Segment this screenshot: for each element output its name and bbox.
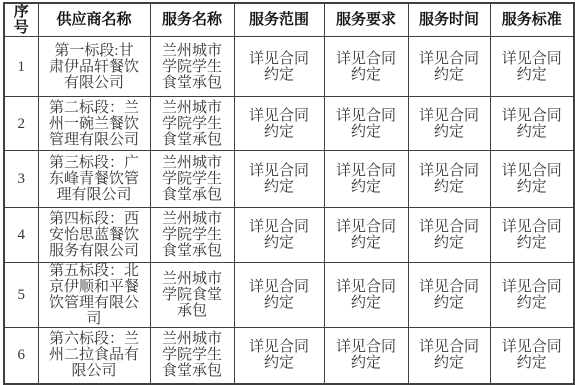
row-number-cell: 5 — [4, 263, 38, 328]
service-name-cell: 兰州城市 学院学生 食堂承包 — [150, 328, 234, 384]
table-row: 3 第三标段：广 东峰青餐饮管 理有限公司 兰州城市 学院学生 食堂承包 详见合… — [4, 151, 574, 208]
service-time-cell: 详见合同 约定 — [408, 328, 490, 384]
service-requirement-cell: 详见合同 约定 — [324, 328, 408, 384]
row-number-cell: 3 — [4, 151, 38, 208]
service-time-cell: 详见合同 约定 — [408, 97, 490, 151]
column-header-index: 序 号 — [4, 3, 38, 37]
column-header-service-time: 服务时间 — [408, 3, 490, 37]
supplier-name-cell: 第二标段：兰 州一碗兰餐饮 管理有限公司 — [38, 97, 150, 151]
service-standard-cell: 详见合同 约定 — [490, 263, 574, 328]
service-scope-cell: 详见合同 约定 — [234, 37, 324, 97]
service-standard-cell: 详见合同 约定 — [490, 151, 574, 208]
service-requirement-cell: 详见合同 约定 — [324, 37, 408, 97]
service-requirement-cell: 详见合同 约定 — [324, 97, 408, 151]
supplier-name-cell: 第一标段:甘 肃伊品轩餐饮 有限公司 — [38, 37, 150, 97]
service-name-cell: 兰州城市 学院学生 食堂承包 — [150, 151, 234, 208]
table-row: 4 第四标段：西 安怡思蓝餐饮 服务有限公司 兰州城市 学院学生 食堂承包 详见… — [4, 208, 574, 263]
service-time-cell: 详见合同 约定 — [408, 208, 490, 263]
service-requirement-cell: 详见合同 约定 — [324, 208, 408, 263]
table-row: 6 第六标段：兰 州二拉食品有 限公司 兰州城市 学院学生 食堂承包 详见合同 … — [4, 328, 574, 384]
service-time-cell: 详见合同 约定 — [408, 151, 490, 208]
document-page: 序 号 供应商名称 服务名称 服务范围 服务要求 服务时间 服务标准 1 第一标… — [0, 0, 575, 380]
service-standard-cell: 详见合同 约定 — [490, 328, 574, 384]
row-number-cell: 2 — [4, 97, 38, 151]
column-header-service-requirement: 服务要求 — [324, 3, 408, 37]
service-name-cell: 兰州城市 学院学生 食堂承包 — [150, 208, 234, 263]
supplier-table: 序 号 供应商名称 服务名称 服务范围 服务要求 服务时间 服务标准 1 第一标… — [3, 2, 575, 385]
row-number-cell: 1 — [4, 37, 38, 97]
table-row: 2 第二标段：兰 州一碗兰餐饮 管理有限公司 兰州城市 学院学生 食堂承包 详见… — [4, 97, 574, 151]
row-number-cell: 4 — [4, 208, 38, 263]
service-requirement-cell: 详见合同 约定 — [324, 151, 408, 208]
service-time-cell: 详见合同 约定 — [408, 263, 490, 328]
service-time-cell: 详见合同 约定 — [408, 37, 490, 97]
supplier-name-cell: 第三标段：广 东峰青餐饮管 理有限公司 — [38, 151, 150, 208]
service-requirement-cell: 详见合同 约定 — [324, 263, 408, 328]
table-row: 1 第一标段:甘 肃伊品轩餐饮 有限公司 兰州城市 学院学生 食堂承包 详见合同… — [4, 37, 574, 97]
service-scope-cell: 详见合同 约定 — [234, 328, 324, 384]
column-header-service-standard: 服务标准 — [490, 3, 574, 37]
column-header-service-scope: 服务范围 — [234, 3, 324, 37]
table-header-row: 序 号 供应商名称 服务名称 服务范围 服务要求 服务时间 服务标准 — [4, 3, 574, 37]
service-standard-cell: 详见合同 约定 — [490, 37, 574, 97]
supplier-name-cell: 第六标段：兰 州二拉食品有 限公司 — [38, 328, 150, 384]
service-name-cell: 兰州城市 学院学生 食堂承包 — [150, 37, 234, 97]
service-scope-cell: 详见合同 约定 — [234, 97, 324, 151]
supplier-name-cell: 第四标段：西 安怡思蓝餐饮 服务有限公司 — [38, 208, 150, 263]
service-scope-cell: 详见合同 约定 — [234, 208, 324, 263]
service-standard-cell: 详见合同 约定 — [490, 97, 574, 151]
row-number-cell: 6 — [4, 328, 38, 384]
table-row: 5 第五标段：北 京伊顺和平餐 饮管理有限公 司 兰州城市 学院食堂 承包 详见… — [4, 263, 574, 328]
column-header-service-name: 服务名称 — [150, 3, 234, 37]
service-name-cell: 兰州城市 学院食堂 承包 — [150, 263, 234, 328]
service-scope-cell: 详见合同 约定 — [234, 263, 324, 328]
service-name-cell: 兰州城市 学院学生 食堂承包 — [150, 97, 234, 151]
supplier-name-cell: 第五标段：北 京伊顺和平餐 饮管理有限公 司 — [38, 263, 150, 328]
service-scope-cell: 详见合同 约定 — [234, 151, 324, 208]
service-standard-cell: 详见合同 约定 — [490, 208, 574, 263]
column-header-supplier-name: 供应商名称 — [38, 3, 150, 37]
